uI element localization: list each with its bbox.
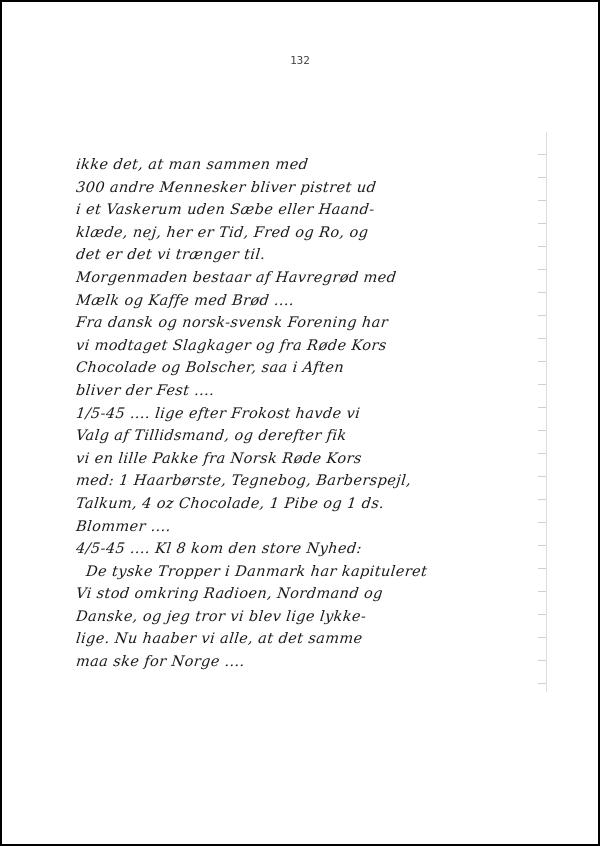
text-line: Fra dansk og norsk-svensk Forening har	[75, 312, 547, 335]
text-line: Morgenmaden bestaar af Havregrød med	[75, 267, 547, 290]
text-line: Vi stod omkring Radioen, Nordmand og	[75, 583, 547, 606]
handwritten-text-block: ikke det, at man sammen med 300 andre Me…	[76, 154, 546, 674]
text-line: maa ske for Norge ....	[75, 651, 547, 674]
scan-edge-line	[546, 132, 547, 692]
text-line: 4/5-45 .... Kl 8 kom den store Nyhed:	[75, 538, 547, 561]
text-line: 300 andre Mennesker bliver pistret ud	[75, 177, 547, 200]
text-line: Blommer ....	[75, 516, 547, 539]
text-line: vi modtaget Slagkager og fra Røde Kors	[75, 335, 547, 358]
text-line: lige. Nu haaber vi alle, at det samme	[75, 628, 547, 651]
text-line: ikke det, at man sammen med	[75, 154, 547, 177]
page-number: 132	[2, 54, 598, 67]
text-line: med: 1 Haarbørste, Tegnebog, Barberspejl…	[75, 470, 547, 493]
text-line: klæde, nej, her er Tid, Fred og Ro, og	[75, 222, 547, 245]
text-line: bliver der Fest ....	[75, 380, 547, 403]
scanned-page: 132 ikke det, at man sammen med 300 andr…	[0, 0, 600, 846]
text-line: Chocolade og Bolscher, saa i Aften	[75, 357, 547, 380]
text-line: Valg af Tillidsmand, og derefter fik	[75, 425, 547, 448]
scan-edge-artifact	[538, 132, 546, 692]
text-line: De tyske Tropper i Danmark har kapituler…	[75, 561, 547, 584]
text-line: Talkum, 4 oz Chocolade, 1 Pibe og 1 ds.	[75, 493, 547, 516]
text-line: Mælk og Kaffe med Brød ....	[75, 290, 547, 313]
text-line: i et Vaskerum uden Sæbe eller Haand-	[75, 199, 547, 222]
text-line: 1/5-45 .... lige efter Frokost havde vi	[75, 403, 547, 426]
text-line: det er det vi trænger til.	[75, 244, 547, 267]
text-line: Danske, og jeg tror vi blev lige lykke-	[75, 606, 547, 629]
text-line: vi en lille Pakke fra Norsk Røde Kors	[75, 448, 547, 471]
